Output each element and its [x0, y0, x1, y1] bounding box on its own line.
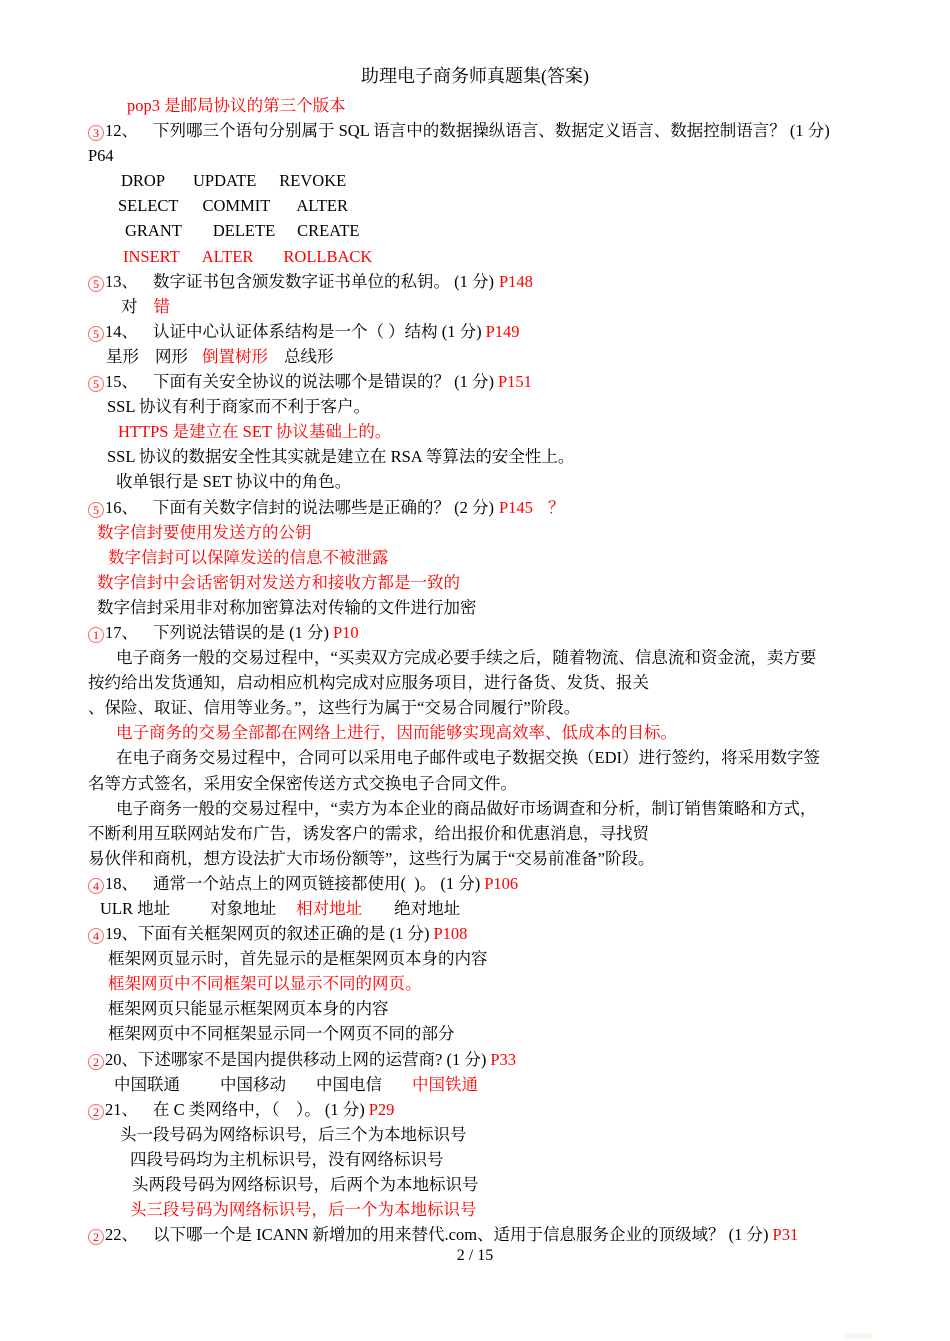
- question-line: 515、下面有关安全协议的说法哪个是错误的？ (1 分)P151: [88, 369, 888, 394]
- doc-line: pop3 是邮局协议的第三个版本: [127, 93, 888, 118]
- text-segment: 对: [121, 297, 138, 316]
- text-segment: 14、: [105, 322, 138, 341]
- doc-line: 框架网页中不同框架显示同一个网页不同的部分: [108, 1021, 888, 1046]
- answer-text: 错: [154, 297, 171, 316]
- doc-line: 数字信封采用非对称加密算法对传输的文件进行加密: [97, 595, 888, 620]
- text-segment: 13、: [105, 272, 138, 291]
- text-segment: 16、: [105, 498, 138, 517]
- text-segment: 下面有关数字信封的说法哪些是正确的？ (2 分): [153, 498, 494, 517]
- text-segment: GRANT: [125, 221, 182, 240]
- text-segment: 总线形: [284, 347, 334, 366]
- answer-text: P31: [773, 1225, 799, 1244]
- doc-line: 头一段号码为网络标识号，后三个为本地标识号: [120, 1122, 888, 1147]
- doc-line: 中国联通中国移动中国电信中国铁通: [114, 1072, 888, 1097]
- answer-text: 框架网页中不同框架可以显示不同的网页。: [108, 974, 422, 993]
- doc-line: 星形网形倒置树形总线形: [106, 344, 888, 369]
- doc-line: 数字信封中会话密钥对发送方和接收方都是一致的: [97, 570, 888, 595]
- doc-line: GRANTDELETECREATE: [125, 218, 888, 243]
- question-line: 419、下面有关框架网页的叙述正确的是 (1 分)P108: [88, 921, 888, 946]
- doc-line: 收单银行是 SET 协议中的角色。: [116, 469, 888, 494]
- text-segment: 框架网页显示时，首先显示的是框架网页本身的内容: [108, 949, 488, 968]
- circled-question-number: 2: [88, 1104, 104, 1120]
- text-segment: 框架网页中不同框架显示同一个网页不同的部分: [108, 1024, 455, 1043]
- text-segment: 中国电信: [316, 1075, 382, 1094]
- text-segment: 不断利用互联网站发布广告，诱发客户的需求，给出报价和优惠消息，寻找贸: [88, 824, 649, 843]
- circled-question-number: 4: [88, 878, 104, 894]
- text-segment: 头一段号码为网络标识号，后三个为本地标识号: [120, 1125, 467, 1144]
- text-segment: 中国移动: [220, 1075, 286, 1094]
- doc-line: P64: [88, 143, 888, 168]
- doc-line: 不断利用互联网站发布广告，诱发客户的需求，给出报价和优惠消息，寻找贸: [88, 821, 888, 846]
- text-segment: 下面有关安全协议的说法哪个是错误的？ (1 分): [153, 372, 494, 391]
- circled-question-number: 3: [88, 125, 104, 141]
- answer-text: P10: [333, 623, 359, 642]
- text-segment: 中国联通: [114, 1075, 180, 1094]
- answer-text: pop3 是邮局协议的第三个版本: [127, 96, 346, 115]
- doc-line: 框架网页显示时，首先显示的是框架网页本身的内容: [108, 946, 888, 971]
- text-segment: 下列说法错误的是 (1 分): [153, 623, 329, 642]
- answer-text: INSERT: [123, 247, 180, 266]
- answer-text: 数字信封可以保障发送的信息不被泄露: [108, 548, 389, 567]
- text-segment: SSL 协议的数据安全性其实就是建立在 RSA 等算法的安全性上。: [107, 447, 574, 466]
- text-segment: 15、: [105, 372, 138, 391]
- text-segment: COMMIT: [203, 196, 271, 215]
- text-segment: 通常一个站点上的网页链接都使用( )。 (1 分): [153, 874, 480, 893]
- doc-line: SSL 协议有利于商家而不利于客户。: [107, 394, 888, 419]
- answer-text: ROLLBACK: [283, 247, 372, 266]
- question-line: 418、通常一个站点上的网页链接都使用( )。 (1 分)P106: [88, 871, 888, 896]
- text-segment: DELETE: [213, 221, 275, 240]
- text-segment: 按约给出发货通知，启动相应机构完成对应服务项目，进行备货、发货、报关: [88, 673, 649, 692]
- text-segment: REVOKE: [279, 171, 346, 190]
- doc-line: ULR 地址对象地址相对地址绝对地址: [100, 896, 888, 921]
- doc-line: INSERTALTERROLLBACK: [123, 244, 888, 269]
- question-line: 514、认证中心认证体系结构是一个（ ）结构 (1 分)P149: [88, 319, 888, 344]
- text-segment: 头两段号码为网络标识号，后两个为本地标识号: [132, 1175, 479, 1194]
- doc-line: 、保险、取证、信用等业务。”，这些行为属于“交易合同履行”阶段。: [88, 695, 888, 720]
- text-segment: 12、: [105, 121, 138, 140]
- question-line: 117、下列说法错误的是 (1 分)P10: [88, 620, 888, 645]
- page-number: 2 / 15: [0, 1243, 950, 1268]
- answer-text: HTTPS 是建立在 SET 协议基础上的。: [118, 422, 391, 441]
- text-segment: 21、: [105, 1100, 138, 1119]
- text-segment: 星形: [106, 347, 139, 366]
- answer-text: P151: [498, 372, 532, 391]
- text-segment: DROP: [121, 171, 165, 190]
- answer-text: P106: [484, 874, 518, 893]
- text-segment: 20、下述哪家不是国内提供移动上网的运营商? (1 分): [105, 1050, 486, 1069]
- answer-text: 电子商务的交易全部都在网络上进行，因而能够实现高效率、低成本的目标。: [116, 723, 677, 742]
- doc-line: 四段号码均为主机标识号，没有网络标识号: [130, 1147, 888, 1172]
- text-segment: 网形: [155, 347, 188, 366]
- text-segment: 名等方式签名，采用安全保密传送方式交换电子合同文件。: [88, 774, 517, 793]
- answer-text: P148: [499, 272, 533, 291]
- text-segment: 数字证书包含颁发数字证书单位的私钥。 (1 分): [153, 272, 494, 291]
- doc-line: 在电子商务交易过程中，合同可以采用电子邮件或电子数据交换（EDI）进行签约，将采…: [116, 745, 888, 770]
- text-segment: ULR 地址: [100, 899, 170, 918]
- doc-line: DROPUPDATEREVOKE: [121, 168, 888, 193]
- document-body: pop3 是邮局协议的第三个版本312、下列哪三个语句分别属于 SQL 语言中的…: [88, 93, 888, 1247]
- question-line: 516、下面有关数字信封的说法哪些是正确的？ (2 分)P145？: [88, 495, 888, 520]
- text-segment: 以下哪一个是 ICANN 新增加的用来替代.com、适用于信息服务企业的顶级域？…: [153, 1225, 769, 1244]
- doc-line: SSL 协议的数据安全性其实就是建立在 RSA 等算法的安全性上。: [107, 444, 888, 469]
- text-segment: CREATE: [297, 221, 359, 240]
- answer-text: 相对地址: [296, 899, 362, 918]
- answer-text: 头三段号码为网络标识号，后一个为本地标识号: [130, 1200, 477, 1219]
- doc-line: 数字信封可以保障发送的信息不被泄露: [108, 545, 888, 570]
- question-line: 221、在 C 类网络中，（ ）。 (1 分)P29: [88, 1097, 888, 1122]
- answer-text: P33: [490, 1050, 516, 1069]
- doc-line: 头两段号码为网络标识号，后两个为本地标识号: [132, 1172, 888, 1197]
- text-segment: 易伙伴和商机，想方设法扩大市场份额等”，这些行为属于“交易前准备”阶段。: [88, 849, 654, 868]
- text-segment: 对象地址: [210, 899, 276, 918]
- answer-text: 数字信封要使用发送方的公钥: [97, 523, 312, 542]
- text-segment: P64: [88, 146, 114, 165]
- doc-line: 名等方式签名，采用安全保密传送方式交换电子合同文件。: [88, 771, 888, 796]
- question-line: 220、下述哪家不是国内提供移动上网的运营商? (1 分)P33: [88, 1047, 888, 1072]
- text-segment: 22、: [105, 1225, 138, 1244]
- text-segment: 认证中心认证体系结构是一个（ ）结构 (1 分): [153, 322, 482, 341]
- doc-line: 对错: [121, 294, 888, 319]
- answer-text: P108: [434, 924, 468, 943]
- text-segment: 19、下面有关框架网页的叙述正确的是 (1 分): [105, 924, 430, 943]
- text-segment: 收单银行是 SET 协议中的角色。: [116, 472, 351, 491]
- text-segment: SELECT: [118, 196, 179, 215]
- doc-line: 电子商务的交易全部都在网络上进行，因而能够实现高效率、低成本的目标。: [116, 720, 888, 745]
- circled-question-number: 5: [88, 502, 104, 518]
- question-line: 513、数字证书包含颁发数字证书单位的私钥。 (1 分)P148: [88, 269, 888, 294]
- text-segment: UPDATE: [193, 171, 256, 190]
- text-segment: 电子商务一般的交易过程中，“卖方为本企业的商品做好市场调查和分析，制订销售策略和…: [116, 799, 816, 818]
- circled-question-number: 5: [88, 276, 104, 292]
- answer-text: 数字信封中会话密钥对发送方和接收方都是一致的: [97, 573, 460, 592]
- circled-question-number: 2: [88, 1054, 104, 1070]
- doc-line: 框架网页中不同框架可以显示不同的网页。: [108, 971, 888, 996]
- doc-line: 按约给出发货通知，启动相应机构完成对应服务项目，进行备货、发货、报关: [88, 670, 888, 695]
- answer-text: 倒置树形: [202, 347, 268, 366]
- text-segment: 18、: [105, 874, 138, 893]
- circled-question-number: 4: [88, 928, 104, 944]
- doc-line: 头三段号码为网络标识号，后一个为本地标识号: [130, 1197, 888, 1222]
- text-segment: 数字信封采用非对称加密算法对传输的文件进行加密: [97, 598, 477, 617]
- doc-line: 框架网页只能显示框架网页本身的内容: [108, 996, 888, 1021]
- circled-question-number: 1: [88, 627, 104, 643]
- text-segment: 电子商务一般的交易过程中，“买卖双方完成必要手续之后，随着物流、信息流和资金流，…: [116, 648, 816, 667]
- answer-text: ALTER: [202, 247, 254, 266]
- doc-line: 电子商务一般的交易过程中，“买卖双方完成必要手续之后，随着物流、信息流和资金流，…: [116, 645, 888, 670]
- text-segment: 下列哪三个语句分别属于 SQL 语言中的数据操纵语言、数据定义语言、数据控制语言…: [153, 121, 830, 140]
- text-segment: 在电子商务交易过程中，合同可以采用电子邮件或电子数据交换（EDI）进行签约，将采…: [116, 748, 820, 767]
- doc-line: 数字信封要使用发送方的公钥: [97, 520, 888, 545]
- text-segment: ALTER: [296, 196, 348, 215]
- answer-text: P145: [499, 498, 533, 517]
- circled-question-number: 5: [88, 376, 104, 392]
- text-segment: 绝对地址: [394, 899, 460, 918]
- doc-line: SELECTCOMMITALTER: [118, 193, 888, 218]
- answer-text: P149: [486, 322, 520, 341]
- text-segment: 在 C 类网络中，（ ）。 (1 分): [153, 1100, 365, 1119]
- page-title: 助理电子商务师真题集(答案): [0, 64, 950, 88]
- answer-text: P29: [369, 1100, 395, 1119]
- doc-line: HTTPS 是建立在 SET 协议基础上的。: [118, 419, 888, 444]
- text-segment: 框架网页只能显示框架网页本身的内容: [108, 999, 389, 1018]
- doc-line: 易伙伴和商机，想方设法扩大市场份额等”，这些行为属于“交易前准备”阶段。: [88, 846, 888, 871]
- question-line: 312、下列哪三个语句分别属于 SQL 语言中的数据操纵语言、数据定义语言、数据…: [88, 118, 888, 143]
- text-segment: 、保险、取证、信用等业务。”，这些行为属于“交易合同履行”阶段。: [88, 698, 580, 717]
- answer-text: 中国铁通: [412, 1075, 478, 1094]
- text-segment: 四段号码均为主机标识号，没有网络标识号: [130, 1150, 444, 1169]
- answer-text: ？: [548, 498, 565, 517]
- text-segment: SSL 协议有利于商家而不利于客户。: [107, 397, 370, 416]
- watermark: [843, 1333, 873, 1339]
- circled-question-number: 5: [88, 326, 104, 342]
- doc-line: 电子商务一般的交易过程中，“卖方为本企业的商品做好市场调查和分析，制订销售策略和…: [116, 796, 888, 821]
- text-segment: 17、: [105, 623, 138, 642]
